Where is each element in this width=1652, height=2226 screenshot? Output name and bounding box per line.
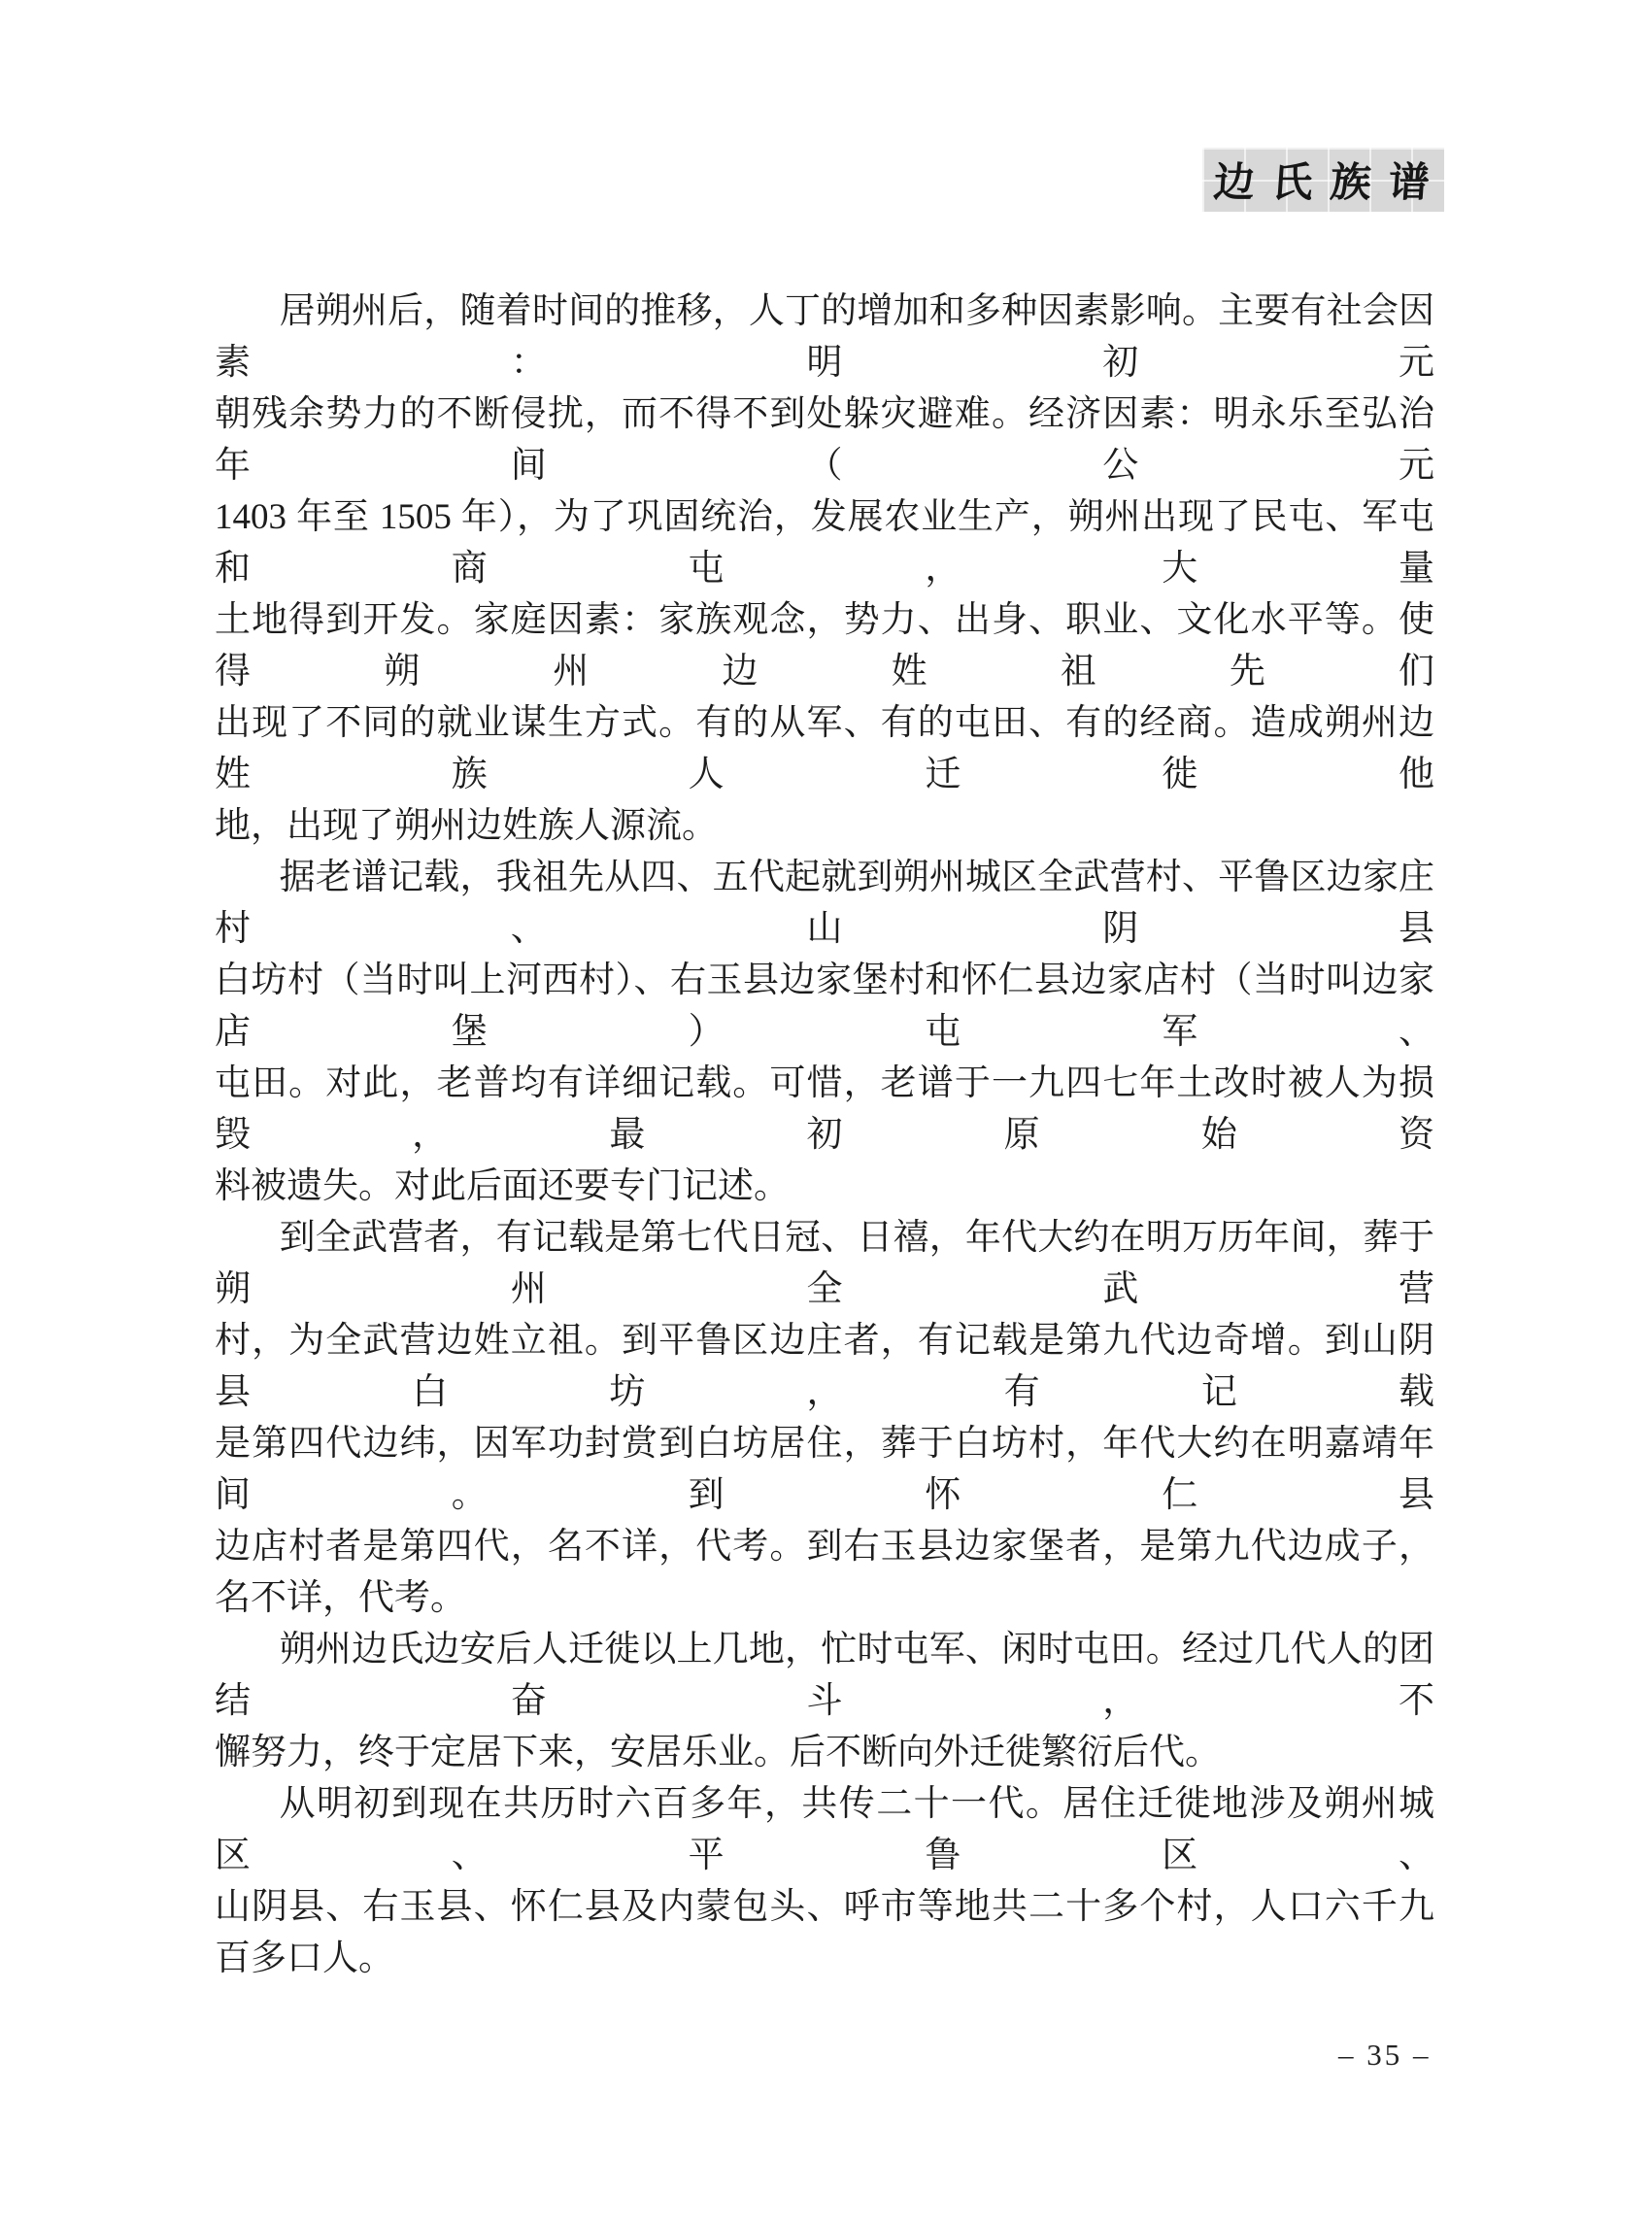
text-line: 朝残余势力的不断侵扰，而不得不到处躲灾避难。经济因素：明永乐至弘治年间（公元 — [215, 388, 1434, 491]
page-number: – 35 – — [1338, 2038, 1432, 2073]
document-page: 边氏族谱 居朔州后，随着时间的推移，人丁的增加和多种因素影响。主要有社会因素：明… — [0, 0, 1652, 2226]
text-line: 地，出现了朔州边姓族人源流。 — [215, 800, 1434, 852]
text-line: 懈努力，终于定居下来，安居乐业。后不断向外迁徙繁衍后代。 — [215, 1727, 1434, 1778]
text-line: 是第四代边纬，因军功封赏到白坊居住，葬于白坊村，年代大约在明嘉靖年间。到怀仁县 — [215, 1418, 1434, 1521]
text-line: 土地得到开发。家庭因素：家族观念，势力、出身、职业、文化水平等。使得朔州边姓祖先… — [215, 594, 1434, 697]
text-line: 边店村者是第四代，名不详，代考。到右玉县边家堡者，是第九代边成子，名不详，代考。 — [215, 1521, 1434, 1624]
header-badge: 边氏族谱 — [1202, 148, 1444, 212]
text-line: 村，为全武营边姓立祖。到平鲁区边庄者，有记载是第九代边奇增。到山阴县白坊，有记载 — [215, 1315, 1434, 1418]
text-line: 据老谱记载，我祖先从四、五代起就到朔州城区全武营村、平鲁区边家庄村、山阴县 — [215, 852, 1434, 955]
text-line: 到全武营者，有记载是第七代日冠、日禧，年代大约在明万历年间，葬于朔州全武营 — [215, 1212, 1434, 1315]
text-line: 朔州边氏边安后人迁徙以上几地，忙时屯军、闲时屯田。经过几代人的团结奋斗，不 — [215, 1624, 1434, 1727]
text-line: 出现了不同的就业谋生方式。有的从军、有的屯田、有的经商。造成朔州边姓族人迁徙他 — [215, 697, 1434, 800]
text-line: 山阴县、右玉县、怀仁县及内蒙包头、呼市等地共二十多个村，人口六千九百多口人。 — [215, 1881, 1434, 1984]
header-badge-text: 边氏族谱 — [1197, 151, 1448, 209]
body-text: 居朔州后，随着时间的推移，人丁的增加和多种因素影响。主要有社会因素：明初元朝残余… — [215, 286, 1434, 1984]
text-line: 屯田。对此，老普均有详细记载。可惜，老谱于一九四七年土改时被人为损毁，最初原始资 — [215, 1058, 1434, 1161]
text-line: 1403 年至 1505 年），为了巩固统治，发展农业生产，朔州出现了民屯、军屯… — [215, 491, 1434, 594]
text-line: 从明初到现在共历时六百多年，共传二十一代。居住迁徙地涉及朔州城区、平鲁区、 — [215, 1778, 1434, 1881]
text-line: 白坊村（当时叫上河西村）、右玉县边家堡村和怀仁县边家店村（当时叫边家店堡）屯军、 — [215, 955, 1434, 1058]
text-line: 居朔州后，随着时间的推移，人丁的增加和多种因素影响。主要有社会因素：明初元 — [215, 286, 1434, 388]
text-line: 料被遗失。对此后面还要专门记述。 — [215, 1161, 1434, 1212]
